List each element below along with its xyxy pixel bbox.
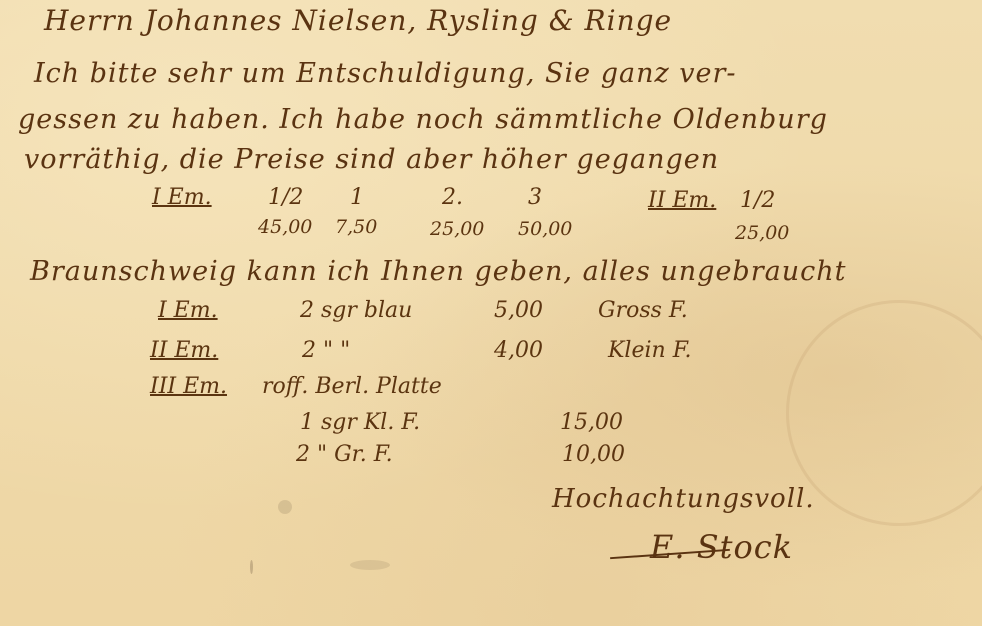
- emission-label: I Em.: [158, 298, 218, 323]
- emission-label: II Em.: [150, 338, 218, 363]
- group1-header: 2.: [442, 185, 463, 210]
- stamp-note: Gross F.: [598, 298, 688, 323]
- group2-header: 1/2: [740, 188, 775, 213]
- group1-header: 1/2: [268, 185, 303, 210]
- group1-header: 1: [350, 185, 364, 210]
- address-line: Herrn Johannes Nielsen, Rysling & Ringe: [44, 4, 672, 37]
- stamp-desc: roff. Berl. Platte: [262, 374, 442, 399]
- signature: E. Stock: [650, 528, 793, 566]
- stamp-note: Klein F.: [608, 338, 692, 363]
- group1-value: 45,00: [258, 216, 312, 238]
- ink-speck: [350, 560, 390, 570]
- ink-speck: [278, 500, 292, 514]
- platte-desc: 1 sgr Kl. F.: [300, 410, 420, 435]
- platte-desc: 2 " Gr. F.: [296, 442, 393, 467]
- body-line-3: vorräthig, die Preise sind aber höher ge…: [24, 144, 719, 175]
- group1-label: I Em.: [152, 185, 212, 210]
- stamp-price: 5,00: [494, 298, 543, 323]
- body-line-2: gessen zu haben. Ich habe noch sämmtlich…: [18, 104, 828, 135]
- stamp-desc: 2 " ": [302, 338, 350, 363]
- group1-header: 3: [528, 185, 542, 210]
- postcard: Herrn Johannes Nielsen, Rysling & Ringe …: [0, 0, 982, 626]
- group2-value: 25,00: [735, 222, 789, 244]
- emission-label: III Em.: [150, 374, 227, 399]
- closing: Hochachtungsvoll.: [552, 484, 815, 514]
- stamp-price: 4,00: [494, 338, 543, 363]
- platte-price: 15,00: [560, 410, 623, 435]
- braunschweig-line: Braunschweig kann ich Ihnen geben, alles…: [30, 256, 846, 287]
- group1-value: 7,50: [335, 216, 377, 238]
- ink-speck: [250, 560, 253, 574]
- group1-value: 50,00: [518, 218, 572, 240]
- platte-price: 10,00: [562, 442, 625, 467]
- body-line-1: Ich bitte sehr um Entschuldigung, Sie ga…: [34, 58, 737, 89]
- group2-label: II Em.: [648, 188, 716, 213]
- group1-value: 25,00: [430, 218, 484, 240]
- stain-mark: [786, 300, 982, 526]
- stamp-desc: 2 sgr blau: [300, 298, 412, 323]
